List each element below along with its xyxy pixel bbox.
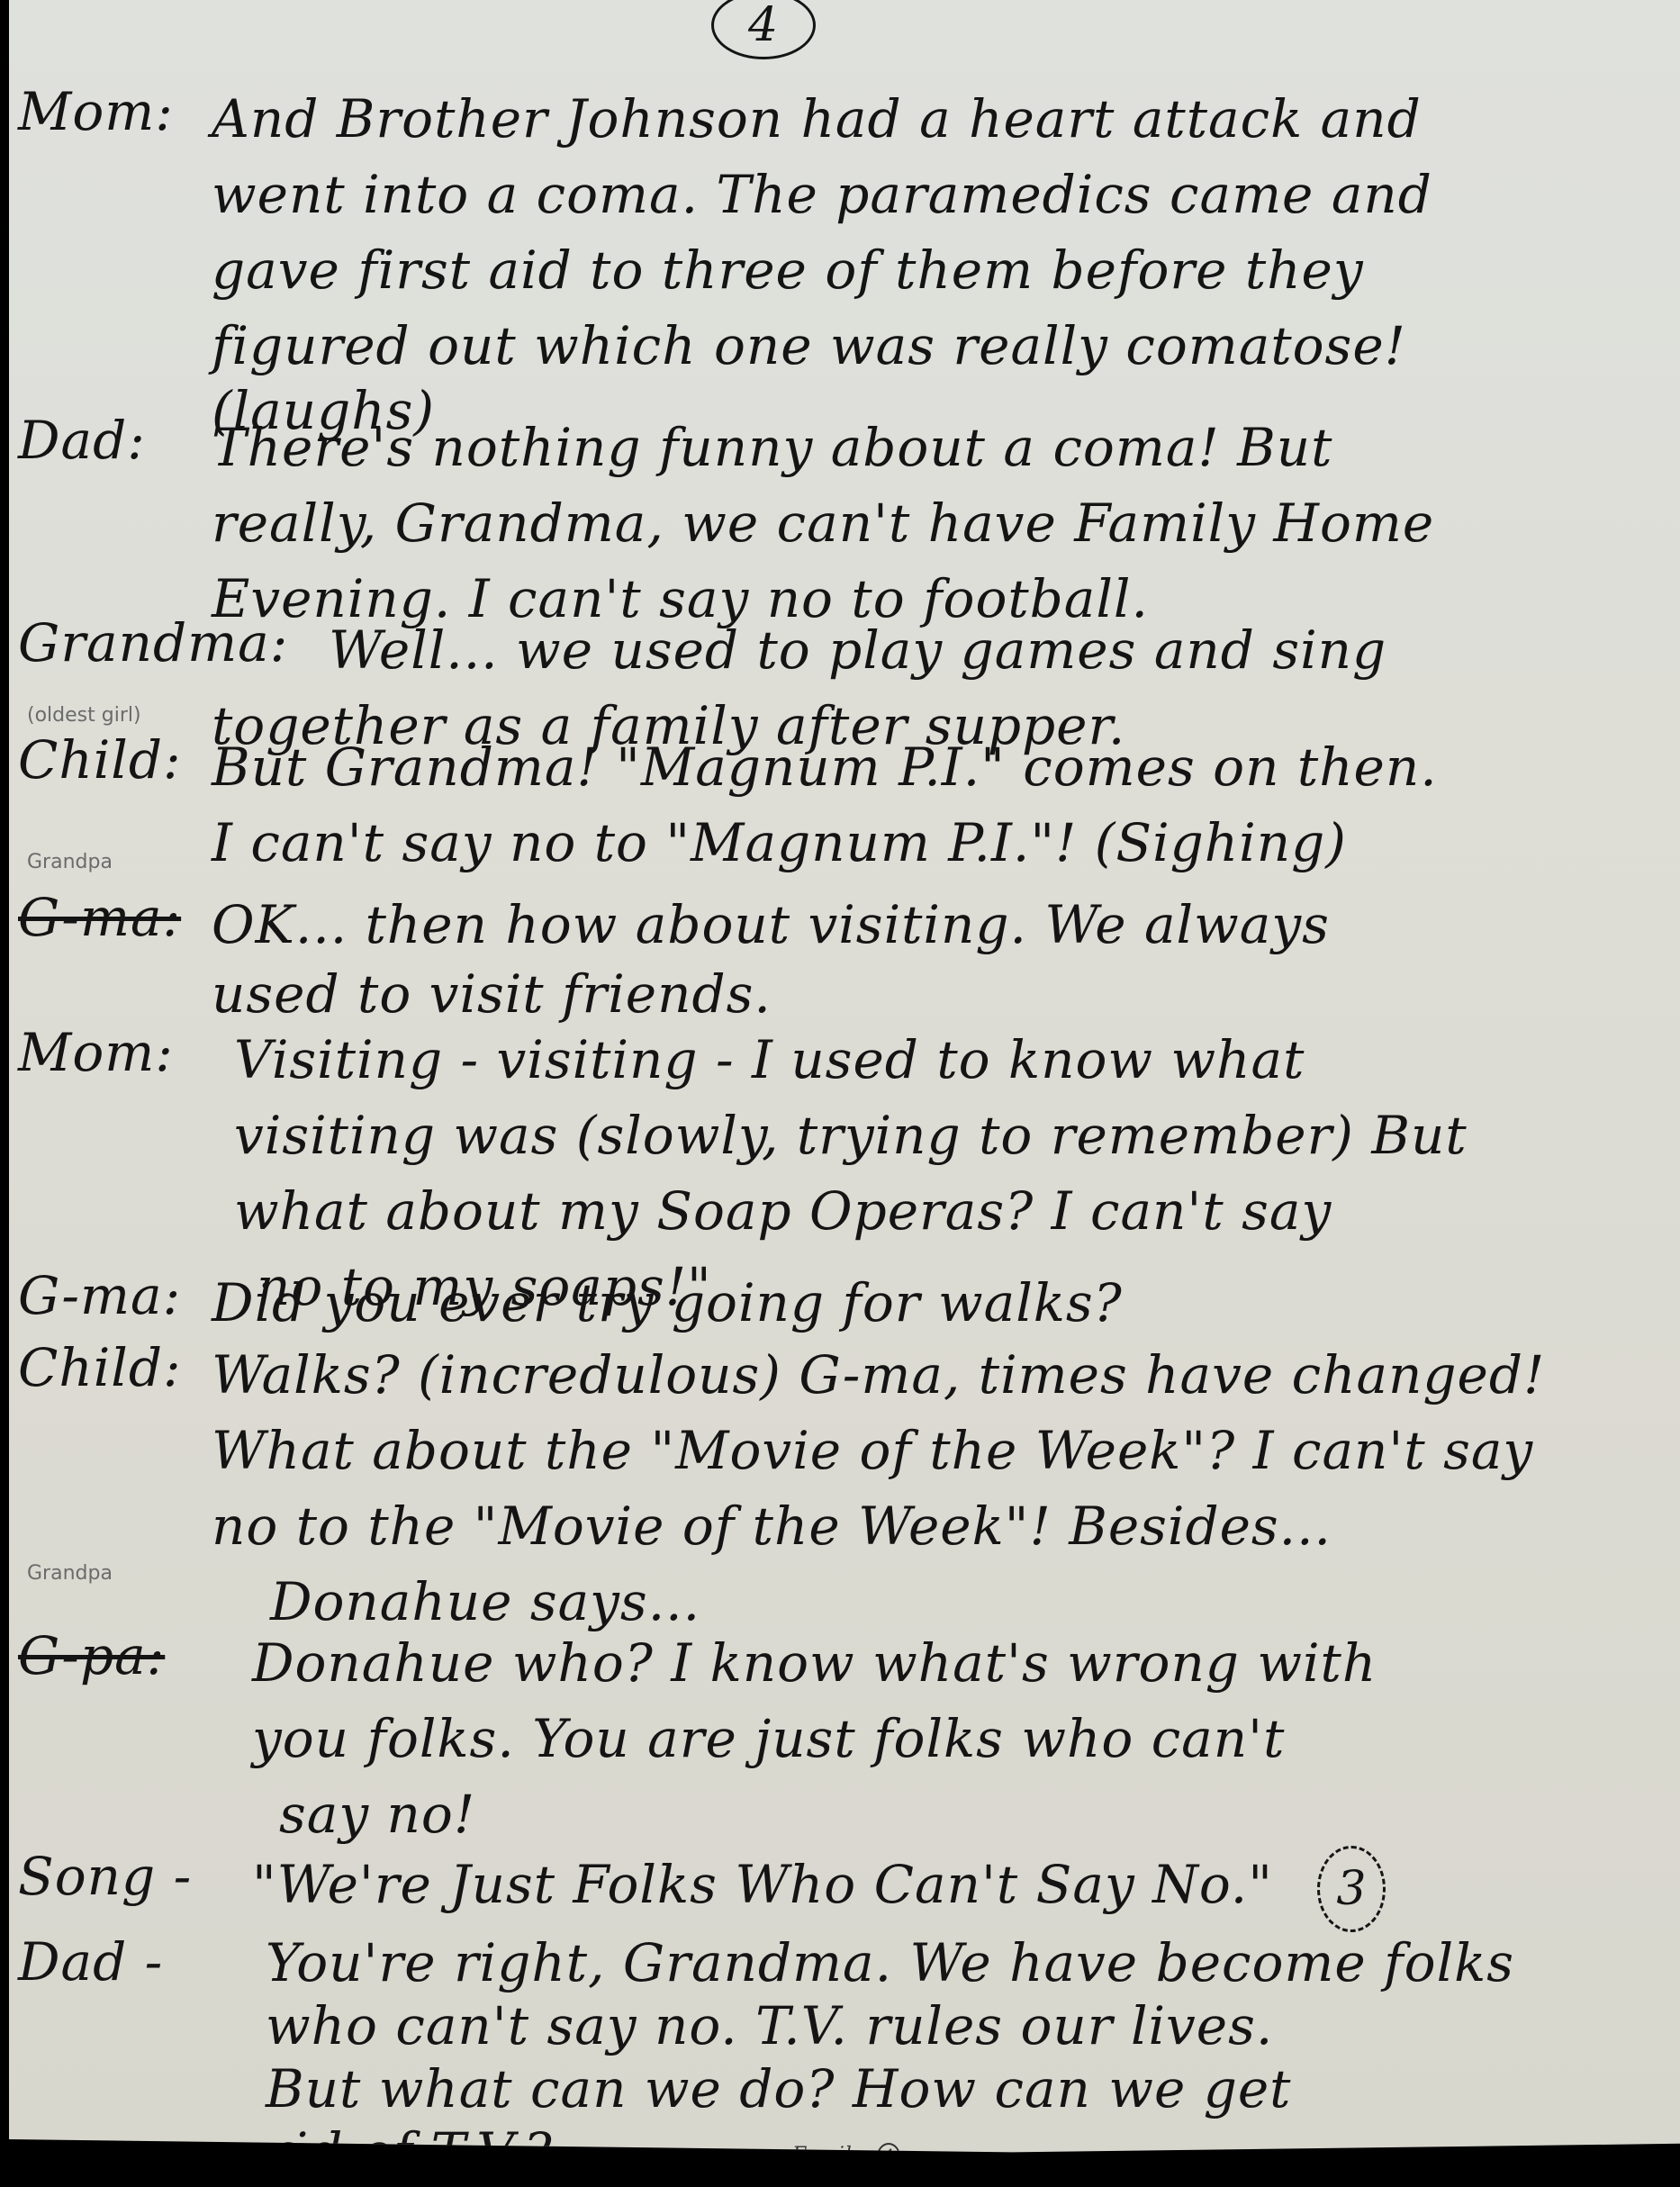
dialogue-line: What about the "Movie of the Week"? I ca… <box>212 1413 1545 1488</box>
dialogue-line: really, Grandma, we can't have Family Ho… <box>212 485 1434 561</box>
dialogue-line: Did you ever try going for walks? <box>212 1265 1123 1341</box>
dialogue-lines: OK... then how about visiting. We always… <box>212 887 1330 1026</box>
dialogue-line: You're right, Grandma. We have become fo… <box>266 1931 1514 1994</box>
dialogue-line: Well... we used to play games and sing <box>212 612 1386 688</box>
dialogue-line: Walks? (incredulous) G-ma, times have ch… <box>212 1337 1545 1413</box>
speaker-label: Dad: <box>18 410 146 471</box>
dialogue-lines: Walks? (incredulous) G-ma, times have ch… <box>212 1337 1545 1640</box>
dialogue-line: say no! <box>212 1776 1377 1852</box>
scan-border <box>0 2161 1680 2187</box>
speaker-label-struck: G-ma: <box>18 887 181 948</box>
speaker-label: Dad - <box>18 1931 163 1993</box>
dialogue-line: But Grandma! "Magnum P.I." comes on then… <box>212 729 1438 805</box>
dialogue-line: And Brother Johnson had a heart attack a… <box>212 81 1432 157</box>
speaker-label: G-ma: <box>18 1265 181 1326</box>
dialogue-line: used to visit friends. <box>212 962 1330 1026</box>
dialogue-line: Visiting - visiting - I used to know wha… <box>212 1022 1468 1098</box>
pencil-annotation: Grandpa <box>27 1562 113 1585</box>
dialogue-lines: There's nothing funny about a coma! But … <box>212 410 1434 637</box>
dialogue-line: gave first aid to three of them before t… <box>212 232 1432 308</box>
dialogue-line: no to the "Movie of the Week"! Besides..… <box>212 1488 1545 1564</box>
pencil-annotation: Grandpa <box>27 851 113 873</box>
dialogue-line: Donahue who? I know what's wrong with <box>212 1625 1377 1701</box>
dialogue-lines: And Brother Johnson had a heart attack a… <box>212 81 1432 438</box>
dialogue-line: who can't say no. T.V. rules our lives. <box>266 1994 1514 2057</box>
handwritten-page: 4 Mom: And Brother Johnson had a heart a… <box>9 0 1680 2161</box>
speaker-label-struck: G-pa: <box>18 1625 165 1686</box>
speaker-label: Mom: <box>18 1022 174 1083</box>
dialogue-lines: "We're Just Folks Who Can't Say No." 3 <box>252 1846 1386 1921</box>
dialogue-line: There's nothing funny about a coma! But <box>212 410 1434 485</box>
speaker-label: Child: <box>18 729 182 791</box>
dialogue-line: I can't say no to "Magnum P.I."! (Sighin… <box>212 805 1438 881</box>
dialogue-lines: Did you ever try going for walks? <box>212 1265 1123 1341</box>
dialogue-lines: But Grandma! "Magnum P.I." comes on then… <box>212 729 1438 881</box>
dialogue-line: you folks. You are just folks who can't <box>212 1701 1377 1776</box>
speaker-label: Child: <box>18 1337 182 1398</box>
speaker-label: Song - <box>18 1846 192 1907</box>
speaker-label: Mom: <box>18 81 174 142</box>
dialogue-line: visiting was (slowly, trying to remember… <box>212 1098 1468 1173</box>
dialogue-line: went into a coma. The paramedics came an… <box>212 157 1432 232</box>
dialogue-lines: Donahue who? I know what's wrong with yo… <box>212 1625 1377 1852</box>
song-title-line: "We're Just Folks Who Can't Say No." 3 <box>252 1846 1386 1921</box>
circled-number: 3 <box>1317 1846 1386 1932</box>
dialogue-line: But what can we do? How can we get <box>266 2057 1514 2120</box>
page-number-circled: 4 <box>711 0 816 59</box>
dialogue-line: figured out which one was really comatos… <box>212 308 1432 384</box>
pencil-annotation: (oldest girl) <box>27 704 141 727</box>
dialogue-line: OK... then how about visiting. We always <box>212 887 1330 962</box>
dialogue-line: what about my Soap Operas? I can't say <box>212 1173 1468 1249</box>
